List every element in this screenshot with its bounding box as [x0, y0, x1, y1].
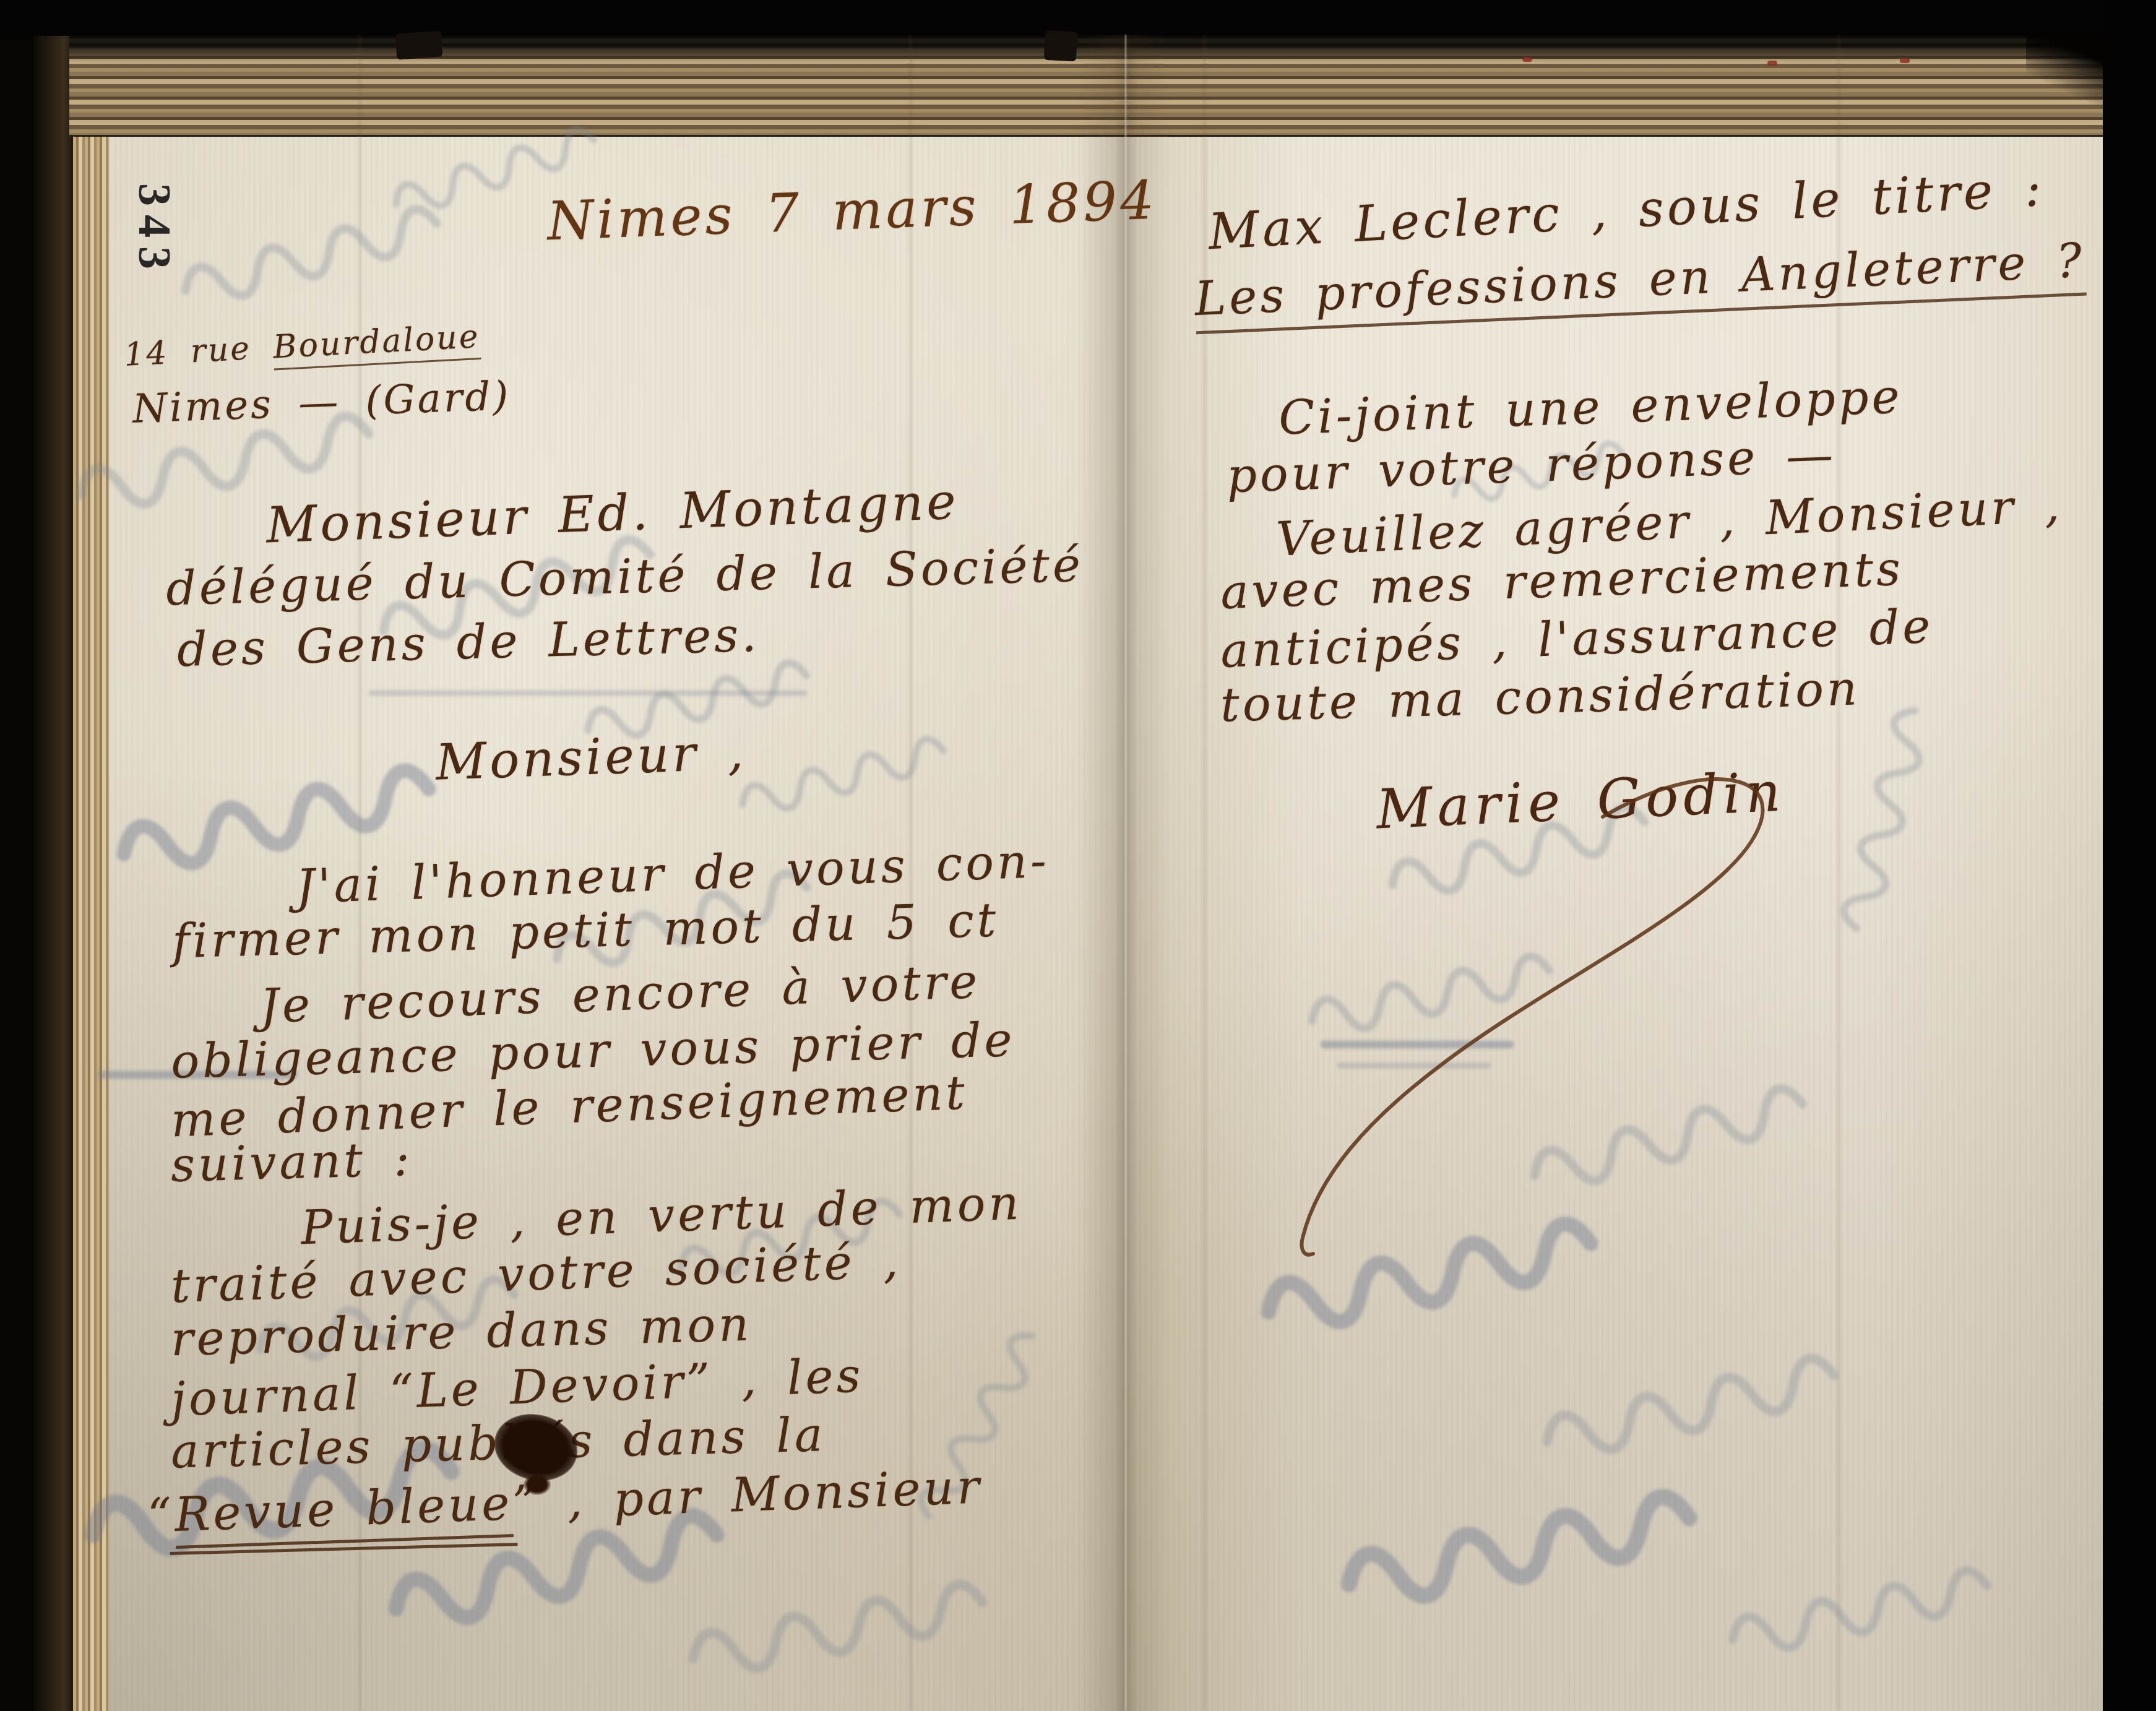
photographed-letter-page: { "page_number": "343", "colors": { "pap… — [0, 0, 2156, 1711]
signature-flourish — [0, 0, 2156, 1711]
